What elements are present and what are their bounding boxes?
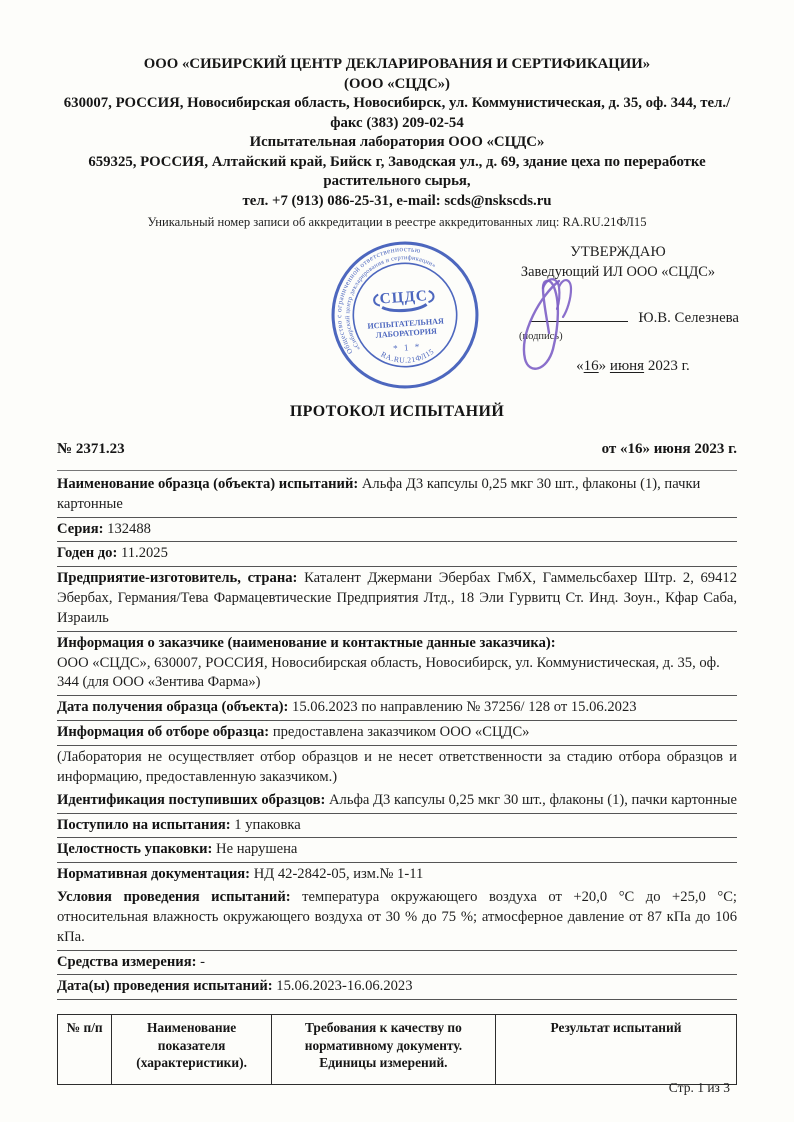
date-year: 2023 г. xyxy=(648,358,690,374)
field-received-amount: Поступило на испытания: 1 упаковка xyxy=(57,815,737,839)
field-receive-date: Дата получения образца (объекта): 15.06.… xyxy=(57,697,737,721)
approval-date: «16» июня 2023 г. xyxy=(493,356,743,376)
col-header-number: № п/п xyxy=(58,1015,112,1084)
signature-caption: (подпись) xyxy=(493,330,743,344)
date-close-quote: » xyxy=(599,358,607,374)
col-header-requirements: Требования к качеству по нормативному до… xyxy=(271,1015,495,1084)
stamp-number-text: * 1 * xyxy=(393,341,422,353)
protocol-number: № 2371.23 xyxy=(57,441,125,458)
field-normative-docs: Нормативная документация: НД 42-2842-05,… xyxy=(57,864,737,887)
protocol-date: от «16» июня 2023 г. xyxy=(602,441,737,458)
field-manufacturer: Предприятие-изготовитель, страна: Катале… xyxy=(57,568,737,632)
approve-word: УТВЕРЖДАЮ xyxy=(493,243,743,263)
org-name: ООО «СИБИРСКИЙ ЦЕНТР ДЕКЛАРИРОВАНИЯ И СЕ… xyxy=(57,55,737,75)
field-test-dates: Дата(ы) проведения испытаний: 15.06.2023… xyxy=(57,976,737,1000)
letterhead: ООО «СИБИРСКИЙ ЦЕНТР ДЕКЛАРИРОВАНИЯ И СЕ… xyxy=(57,55,737,231)
date-day: 16 xyxy=(584,358,599,374)
date-month: июня xyxy=(610,358,644,374)
field-expiry: Годен до: 11.2025 xyxy=(57,543,737,567)
field-series: Серия: 132488 xyxy=(57,519,737,543)
lab-contacts: тел. +7 (913) 086-25-31, e-mail: scds@ns… xyxy=(57,192,737,212)
protocol-number-row: № 2371.23 от «16» июня 2023 г. xyxy=(57,441,737,458)
protocol-title: ПРОТОКОЛ ИСПЫТАНИЙ xyxy=(57,403,737,421)
lab-name: Испытательная лаборатория ООО «СЦДС» xyxy=(57,133,737,153)
signature-row: Ю.В. Селезнева xyxy=(493,308,743,329)
protocol-document-page: ООО «СИБИРСКИЙ ЦЕНТР ДЕКЛАРИРОВАНИЯ И СЕ… xyxy=(0,0,794,1122)
col-header-indicator: Наименование показателя (характеристики)… xyxy=(112,1015,272,1084)
approver-position: Заведующий ИЛ ООО «СЦДС» xyxy=(493,263,743,282)
field-sampling-info: Информация об отборе образца: предоставл… xyxy=(57,722,737,746)
field-package-integrity: Целостность упаковки: Не нарушена xyxy=(57,839,737,863)
protocol-fields: Наименование образца (объекта) испытаний… xyxy=(57,470,737,1000)
field-customer-info: Информация о заказчике (наименование и к… xyxy=(57,633,737,697)
page-number: Стр. 1 из 3 xyxy=(669,1080,730,1096)
field-measuring-instruments: Средства измерения: - xyxy=(57,952,737,976)
results-table: № п/п Наименование показателя (характери… xyxy=(57,1014,737,1084)
stamp-and-approval-row: Общество с ограниченной ответственностью… xyxy=(57,239,737,395)
stamp-logo-text: СЦДС xyxy=(379,287,428,307)
col-header-result: Результат испытаний xyxy=(495,1015,736,1084)
field-test-conditions: Условия проведения испытаний: температур… xyxy=(57,887,737,951)
results-table-header-row: № п/п Наименование показателя (характери… xyxy=(58,1015,737,1084)
accreditation-number: Уникальный номер записи об аккредитации … xyxy=(57,214,737,231)
field-lab-disclaimer: (Лаборатория не осуществляет отбор образ… xyxy=(57,747,737,790)
approval-block: УТВЕРЖДАЮ Заведующий ИЛ ООО «СЦДС» Ю.В. … xyxy=(493,243,743,377)
signature-line xyxy=(530,308,628,322)
lab-address: 659325, РОССИЯ, Алтайский край, Бийск г,… xyxy=(57,153,737,192)
field-identification: Идентификация поступивших образцов: Альф… xyxy=(57,790,737,814)
field-sample-name: Наименование образца (объекта) испытаний… xyxy=(57,474,737,518)
org-short-name: (ООО «СЦДС») xyxy=(57,75,737,95)
org-address: 630007, РОССИЯ, Новосибирская область, Н… xyxy=(57,94,737,133)
date-open-quote: « xyxy=(576,358,584,374)
lab-round-stamp: Общество с ограниченной ответственностью… xyxy=(324,234,486,396)
signer-name: Ю.В. Селезнева xyxy=(638,310,739,326)
